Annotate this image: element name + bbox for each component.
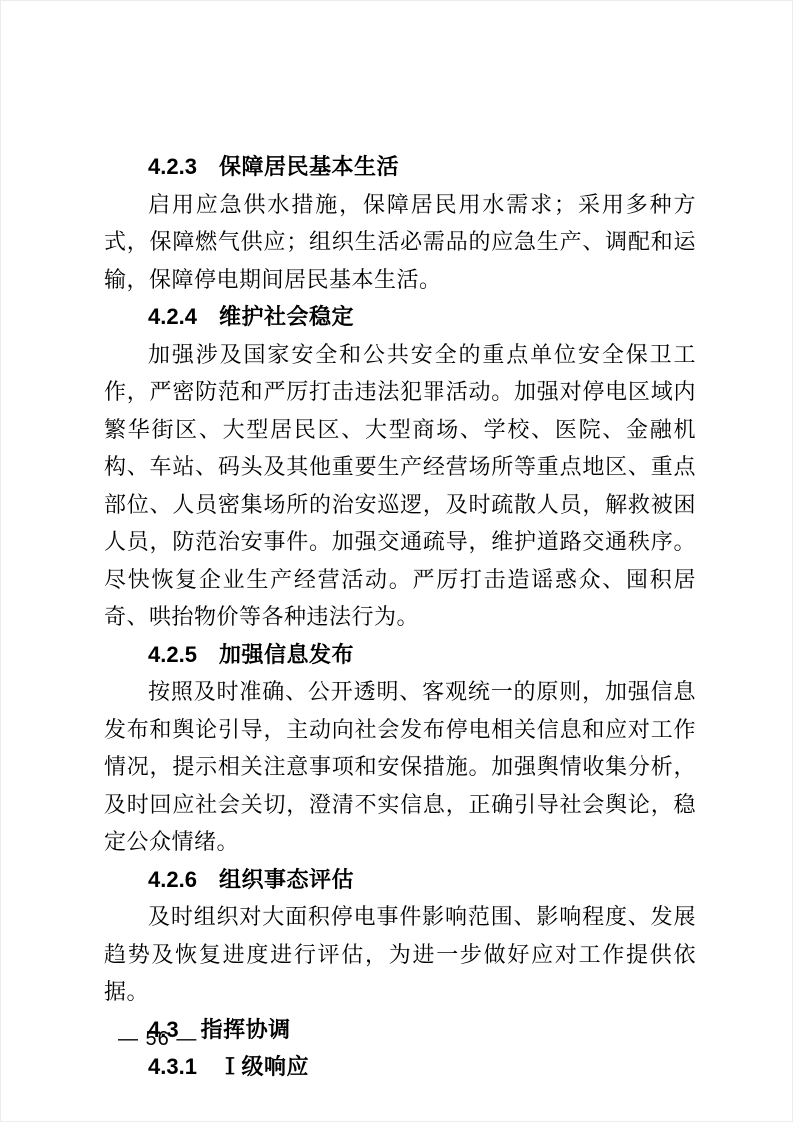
section-number: 4.2.4 [148,304,197,329]
page-footer: — 56 — [118,1026,197,1052]
section-title: 保障居民基本生活 [219,154,399,179]
section-heading-4-2-5: 4.2.5加强信息发布 [104,636,696,674]
section-title: 组织事态评估 [219,867,354,892]
section-paragraph: 加强涉及国家安全和公共安全的重点单位安全保卫工作，严密防范和严厉打击违法犯罪活动… [104,336,696,636]
section-heading-4-2-4: 4.2.4维护社会稳定 [104,298,696,336]
section-paragraph: 按照及时准确、公开透明、客观统一的原则，加强信息发布和舆论引导，主动向社会发布停… [104,673,696,861]
section-number: 4.2.5 [148,642,197,667]
section-title: 指挥协调 [201,1017,291,1042]
section-title: 加强信息发布 [219,642,354,667]
section-heading-4-2-6: 4.2.6组织事态评估 [104,861,696,899]
section-heading-4-3-1: 4.3.1Ⅰ级响应 [104,1048,696,1086]
section-title: Ⅰ级响应 [219,1054,309,1079]
document-body: 4.2.3保障居民基本生活 启用应急供水措施，保障居民用水需求；采用多种方式，保… [104,148,696,1086]
section-title: 维护社会稳定 [219,304,354,329]
section-number: 4.3.1 [148,1054,197,1079]
section-paragraph: 启用应急供水措施，保障居民用水需求；采用多种方式，保障燃气供应；组织生活必需品的… [104,186,696,299]
section-number: 4.2.6 [148,867,197,892]
page-number: — 56 — [118,1028,197,1050]
section-heading-4-2-3: 4.2.3保障居民基本生活 [104,148,696,186]
section-number: 4.2.3 [148,154,197,179]
section-paragraph: 及时组织对大面积停电事件影响范围、影响程度、发展趋势及恢复进度进行评估，为进一步… [104,898,696,1011]
document-page: 4.2.3保障居民基本生活 启用应急供水措施，保障居民用水需求；采用多种方式，保… [0,0,793,1122]
